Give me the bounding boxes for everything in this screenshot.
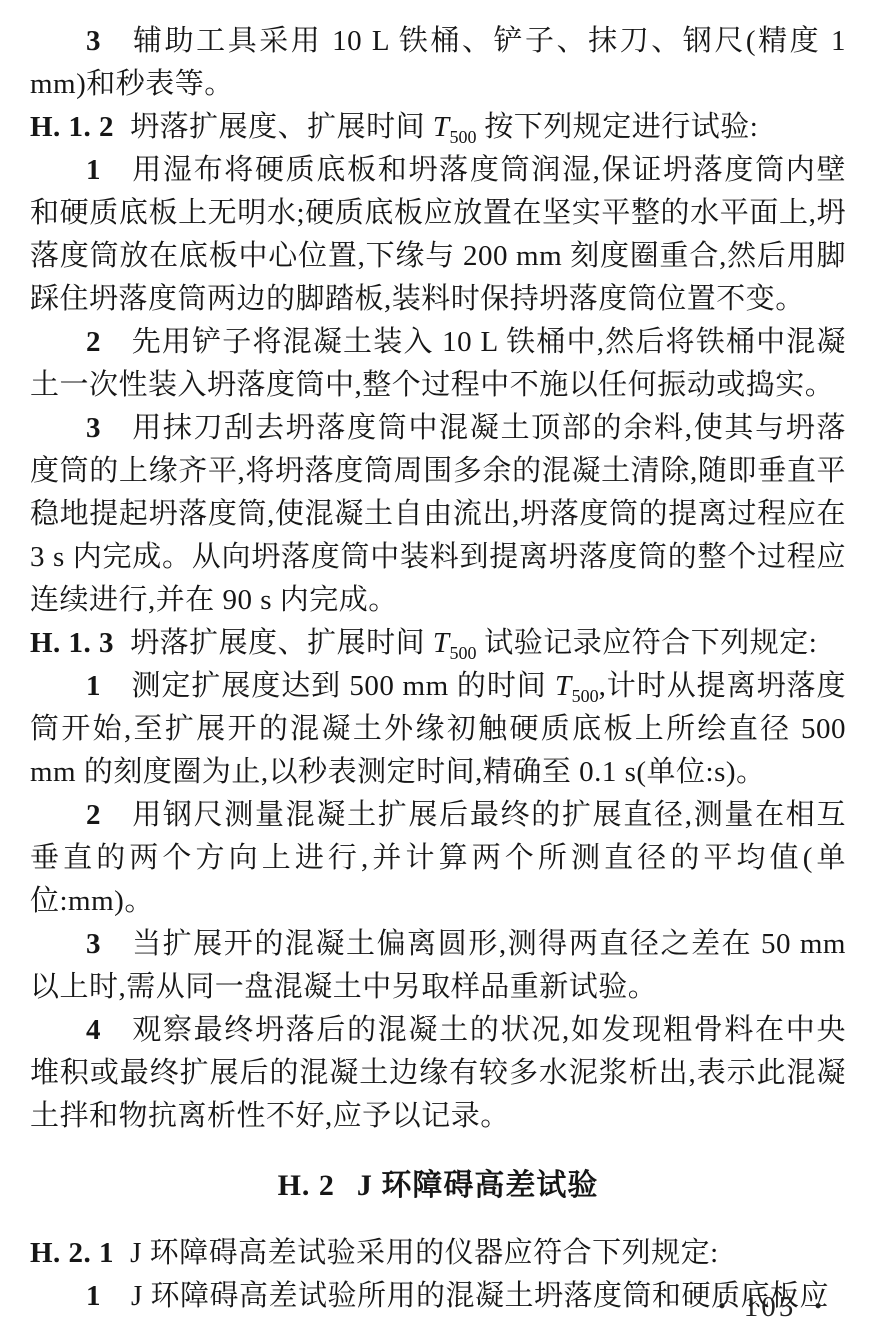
clause-text: 坍落扩展度、扩展时间 (130, 111, 433, 143)
section-title: J 环障碍高差试验 (357, 1169, 599, 1202)
item-number: 3 (86, 928, 101, 960)
clause-text: 试验记录应符合下列规定: (476, 627, 817, 659)
paragraph-text: 当扩展开的混凝土偏离圆形,测得两直径之差在 50 mm 以上时,需从同一盘混凝土… (30, 928, 846, 1003)
t500-variable: T (555, 670, 572, 702)
t500-subscript: 500 (449, 127, 476, 147)
clause-label: H. 2. 1 (30, 1237, 114, 1269)
clause-text: 坍落扩展度、扩展时间 (130, 627, 433, 659)
clause-h21: H. 2. 1J 环障碍高差试验采用的仪器应符合下列规定: (30, 1232, 846, 1275)
h13-item-2: 2用钢尺测量混凝土扩展后最终的扩展直径,测量在相互垂直的两个方向上进行,并计算两… (30, 794, 846, 923)
clause-h13: H. 1. 3坍落扩展度、扩展时间 T500 试验记录应符合下列规定: (30, 622, 846, 665)
document-page: 3辅助工具采用 10 L 铁桶、铲子、抹刀、钢尺(精度 1 mm)和秒表等。 H… (0, 0, 874, 1343)
h13-item-1: 1测定扩展度达到 500 mm 的时间 T500,计时从提离坍落度筒开始,至扩展… (30, 665, 846, 794)
section-label: H. 2 (278, 1169, 335, 1202)
numbered-paragraph-3: 3辅助工具采用 10 L 铁桶、铲子、抹刀、钢尺(精度 1 mm)和秒表等。 (30, 20, 846, 106)
section-heading-h2: H. 2J 环障碍高差试验 (30, 1164, 846, 1207)
clause-label: H. 1. 2 (30, 111, 114, 143)
clause-h12: H. 1. 2坍落扩展度、扩展时间 T500 按下列规定进行试验: (30, 106, 846, 149)
clause-label: H. 1. 3 (30, 627, 114, 659)
footer-right-dot: • (814, 1293, 822, 1318)
item-number: 4 (86, 1014, 101, 1046)
h12-item-2: 2先用铲子将混凝土装入 10 L 铁桶中,然后将铁桶中混凝土一次性装入坍落度筒中… (30, 321, 846, 407)
paragraph-text: 用湿布将硬质底板和坍落度筒润湿,保证坍落度筒内壁和硬质底板上无明水;硬质底板应放… (30, 154, 846, 315)
h13-item-3: 3当扩展开的混凝土偏离圆形,测得两直径之差在 50 mm 以上时,需从同一盘混凝… (30, 923, 846, 1009)
paragraph-text: 辅助工具采用 10 L 铁桶、铲子、抹刀、钢尺(精度 1 mm)和秒表等。 (30, 25, 846, 100)
t500-subscript: 500 (572, 686, 599, 706)
footer-left-dot: • (718, 1293, 726, 1318)
page-number: 105 (744, 1291, 797, 1323)
paragraph-text: 先用铲子将混凝土装入 10 L 铁桶中,然后将铁桶中混凝土一次性装入坍落度筒中,… (30, 326, 846, 401)
clause-text: 按下列规定进行试验: (476, 111, 758, 143)
t500-subscript: 500 (449, 643, 476, 663)
h12-item-1: 1用湿布将硬质底板和坍落度筒润湿,保证坍落度筒内壁和硬质底板上无明水;硬质底板应… (30, 149, 846, 321)
item-number: 1 (86, 670, 101, 702)
h12-item-3: 3用抹刀刮去坍落度筒中混凝土顶部的余料,使其与坍落度筒的上缘齐平,将坍落度筒周围… (30, 407, 846, 622)
t500-variable: T (433, 111, 450, 143)
item-number: 1 (86, 1280, 101, 1312)
item-number: 2 (86, 799, 101, 831)
clause-text: J 环障碍高差试验采用的仪器应符合下列规定: (130, 1237, 719, 1269)
h13-item-4: 4观察最终坍落后的混凝土的状况,如发现粗骨料在中央堆积或最终扩展后的混凝土边缘有… (30, 1009, 846, 1138)
t500-variable: T (433, 627, 450, 659)
item-number: 3 (86, 25, 101, 57)
paragraph-text: 用抹刀刮去坍落度筒中混凝土顶部的余料,使其与坍落度筒的上缘齐平,将坍落度筒周围多… (30, 412, 846, 616)
item-number: 2 (86, 326, 101, 358)
page-content: 3辅助工具采用 10 L 铁桶、铲子、抹刀、钢尺(精度 1 mm)和秒表等。 H… (30, 20, 846, 1318)
paragraph-text: 用钢尺测量混凝土扩展后最终的扩展直径,测量在相互垂直的两个方向上进行,并计算两个… (30, 799, 846, 917)
page-number-footer: •105• (718, 1284, 822, 1329)
paragraph-text: 观察最终坍落后的混凝土的状况,如发现粗骨料在中央堆积或最终扩展后的混凝土边缘有较… (30, 1014, 846, 1132)
item-number: 3 (86, 412, 101, 444)
paragraph-text: 测定扩展度达到 500 mm 的时间 (131, 670, 555, 702)
item-number: 1 (86, 154, 101, 186)
